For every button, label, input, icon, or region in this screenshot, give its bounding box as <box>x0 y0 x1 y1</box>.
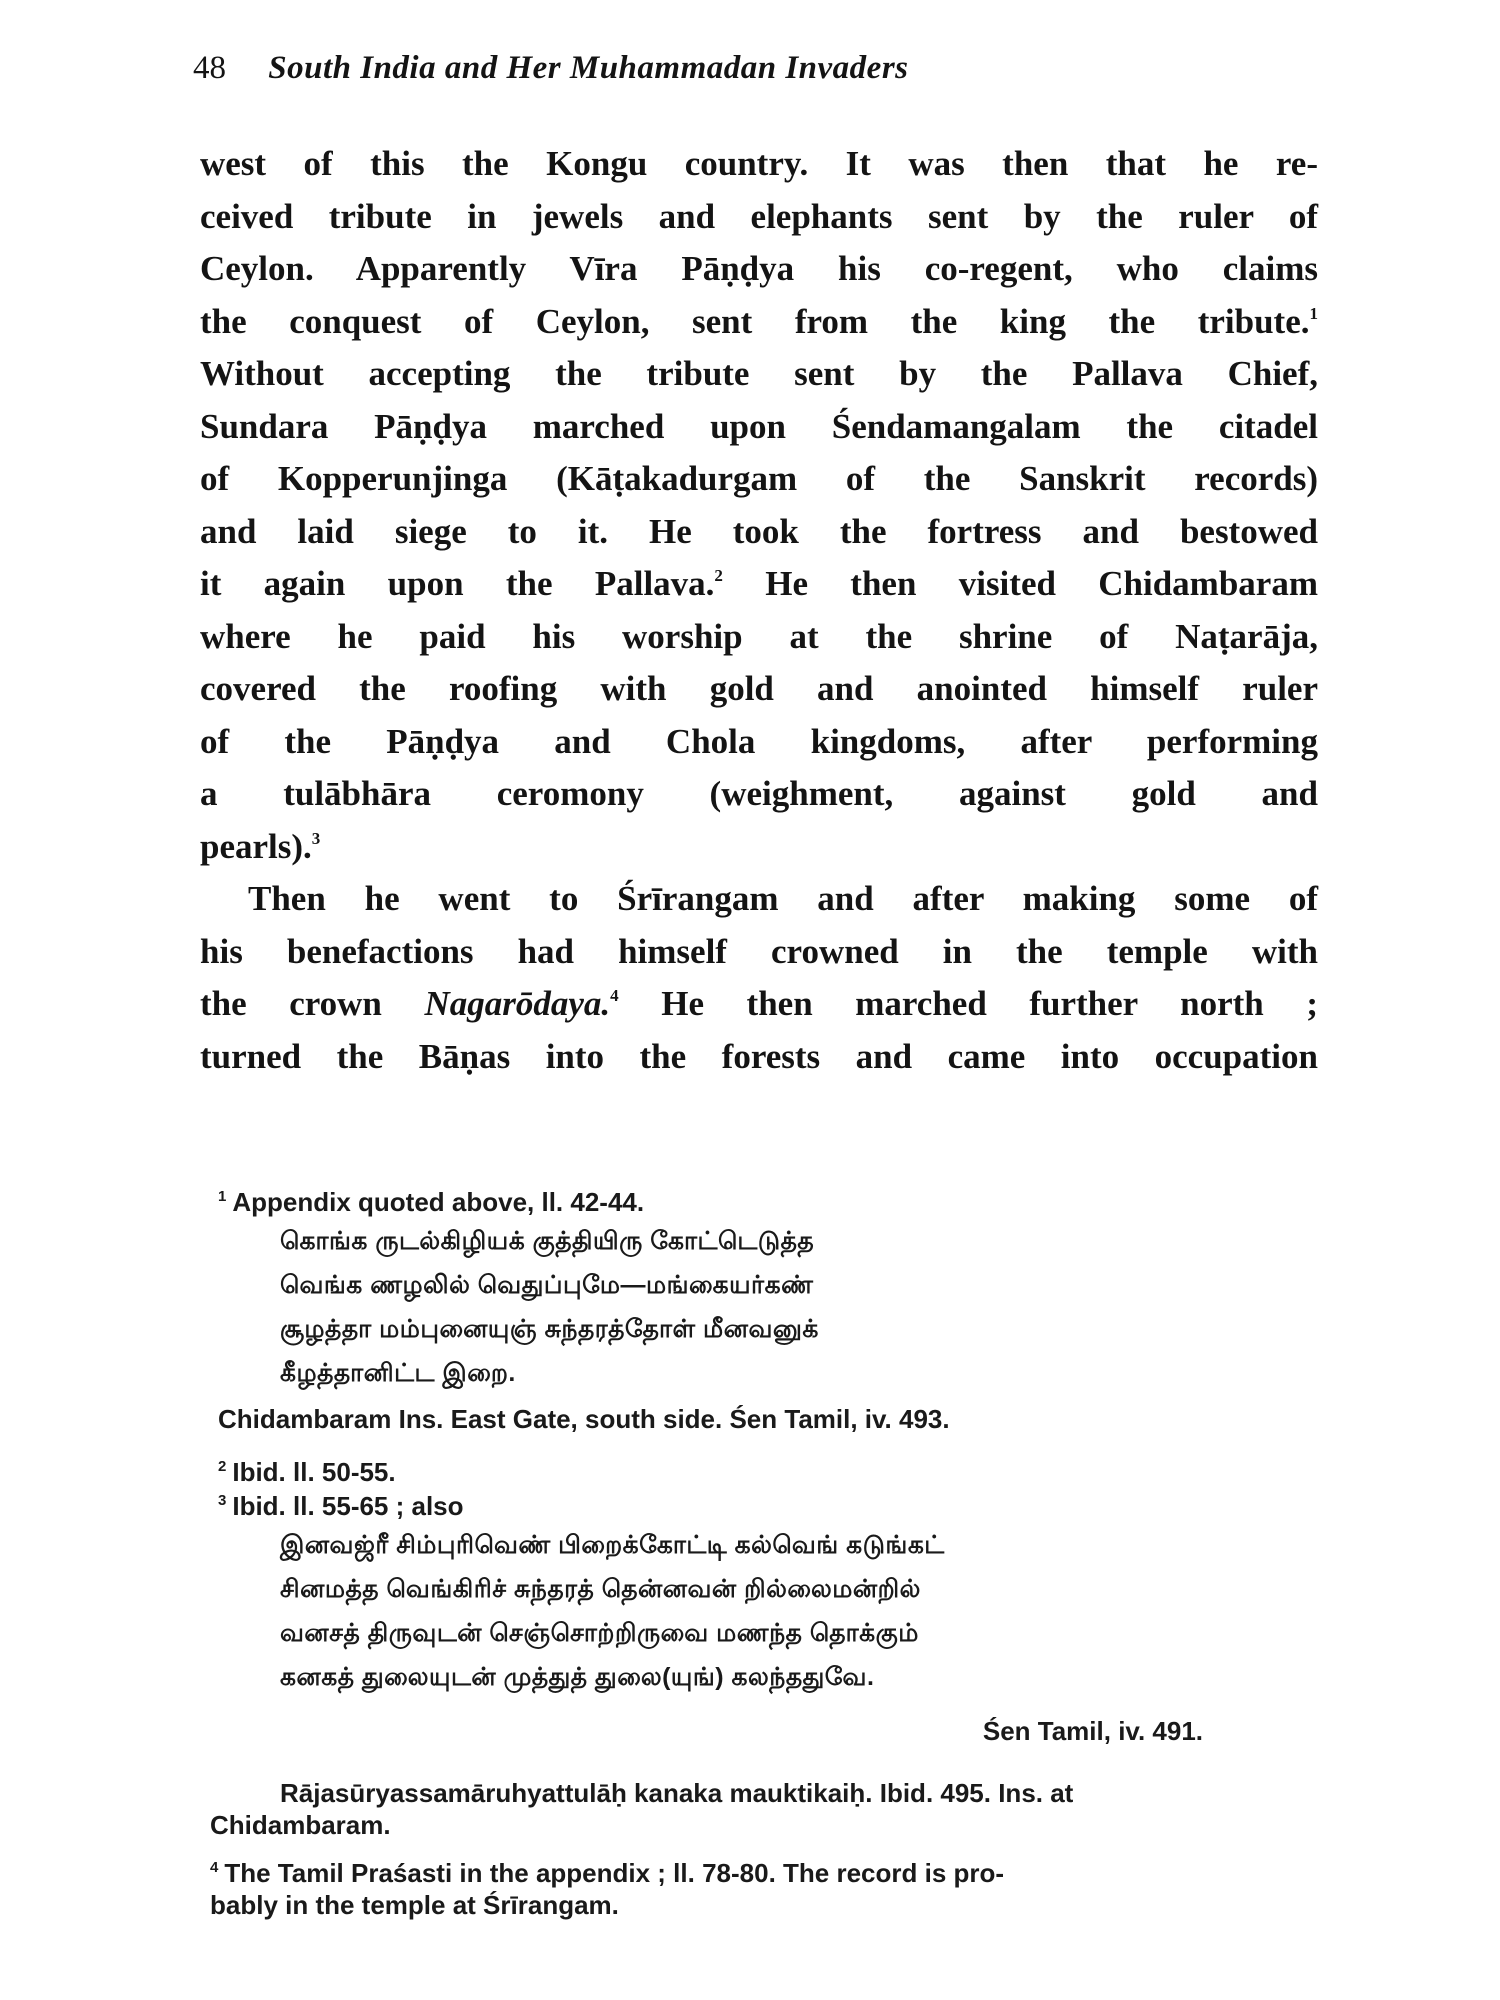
body-line: the conquest of Ceylon, sent from the ki… <box>200 296 1318 349</box>
footnote-text: Appendix quoted above, ll. 42-44. <box>232 1187 644 1217</box>
page-number: 48 <box>193 50 226 87</box>
footnote-text: Ibid. ll. 55-65 ; also <box>232 1491 463 1521</box>
tamil-verse-line: சினமத்த வெங்கிரிச் சுந்தரத் தென்னவன் றில… <box>218 1567 1338 1611</box>
footnotes: 1Appendix quoted above, ll. 42-44. கொங்க… <box>218 1185 1338 1921</box>
book-page: 48 South India and Her Muhammadan Invade… <box>0 0 1500 2000</box>
footnote-ref-2[interactable]: 2 <box>714 566 723 585</box>
footnote-source: Chidambaram Ins. East Gate, south side. … <box>218 1399 1338 1439</box>
tamil-verse-line: கொங்க ருடல்கிழியக் குத்தியிரு கோட்டெடுத்… <box>218 1219 1338 1263</box>
body-line: of Kopperunjinga (Kāṭakadurgam of the Sa… <box>200 453 1318 506</box>
footnote-ref-1[interactable]: 1 <box>1310 304 1319 323</box>
body-line: covered the roofing with gold and anoint… <box>200 663 1318 716</box>
body-line: it again upon the Pallava.2 He then visi… <box>200 558 1318 611</box>
body-line: Ceylon. Apparently Vīra Pāṇḍya his co-re… <box>200 243 1318 296</box>
tamil-verse-line: கனகத் துலையுடன் முத்துத் துலை(யுங்) கலந்… <box>218 1655 1338 1699</box>
body-line: and laid siege to it. He took the fortre… <box>200 506 1318 559</box>
footnote-2: 2Ibid. ll. 50-55. <box>218 1455 1338 1489</box>
footnote-3: 3Ibid. ll. 55-65 ; also இனவஜ்ரீ சிம்புரி… <box>218 1489 1338 1841</box>
body-line: ceived tribute in jewels and elephants s… <box>200 191 1318 244</box>
body-line: his benefactions had himself crowned in … <box>200 926 1318 979</box>
body-line: the crown Nagarōdaya.4 He then marched f… <box>200 978 1318 1031</box>
body-line: turned the Bāṇas into the forests and ca… <box>200 1031 1318 1084</box>
body-line: of the Pāṇḍya and Chola kingdoms, after … <box>200 716 1318 769</box>
tamil-verse-line: சூழத்தா மம்புனையுஞ் சுந்தரத்தோள் மீனவனுக… <box>218 1307 1338 1351</box>
tamil-verse-line: வெங்க ணழலில் வெதுப்புமே—மங்கையர்கண் <box>218 1263 1338 1307</box>
footnote-marker: 4 <box>210 1859 218 1876</box>
running-head: 48 South India and Her Muhammadan Invade… <box>193 50 909 87</box>
body-line: Without accepting the tribute sent by th… <box>200 348 1318 401</box>
footnote-sanskrit-line: Rājasūryassamāruhyattulāḥ kanaka mauktik… <box>210 1777 1328 1841</box>
footnote-marker: 1 <box>218 1188 226 1205</box>
footnote-ref-4[interactable]: 4 <box>610 986 619 1005</box>
footnote-source: Śen Tamil, iv. 491. <box>218 1711 1338 1751</box>
footnote-marker: 3 <box>218 1492 226 1509</box>
body-line: Sundara Pāṇḍya marched upon Śendamangala… <box>200 401 1318 454</box>
body-line: where he paid his worship at the shrine … <box>200 611 1318 664</box>
body-line: west of this the Kongu country. It was t… <box>200 138 1318 191</box>
footnote-text: bably in the temple at Śrīrangam. <box>210 1890 619 1920</box>
footnote-marker: 2 <box>218 1458 226 1475</box>
tamil-verse-line: இனவஜ்ரீ சிம்புரிவெண் பிறைக்கோட்டி கல்வெங… <box>218 1523 1338 1567</box>
footnote-4: 4The Tamil Praśasti in the appendix ; ll… <box>218 1857 1338 1921</box>
tamil-verse-line: வனசத் திருவுடன் செஞ்சொற்றிருவை மணந்த தொக… <box>218 1611 1338 1655</box>
tamil-verse-line: கீழத்தானிட்ட இறை. <box>218 1351 1338 1395</box>
footnote-text: The Tamil Praśasti in the appendix ; ll.… <box>224 1858 1004 1888</box>
footnote-text: Ibid. ll. 50-55. <box>232 1457 395 1487</box>
footnote-ref-3[interactable]: 3 <box>312 829 321 848</box>
book-title: South India and Her Muhammadan Invaders <box>268 50 908 86</box>
body-line: a tulābhāra ceromony (weighment, against… <box>200 768 1318 821</box>
footnote-1: 1Appendix quoted above, ll. 42-44. கொங்க… <box>218 1185 1338 1439</box>
body-text: west of this the Kongu country. It was t… <box>200 138 1318 1083</box>
body-line: Then he went to Śrīrangam and after maki… <box>200 873 1318 926</box>
body-line: pearls).3 <box>200 821 1318 874</box>
crown-name: Nagarōdaya. <box>424 984 610 1023</box>
